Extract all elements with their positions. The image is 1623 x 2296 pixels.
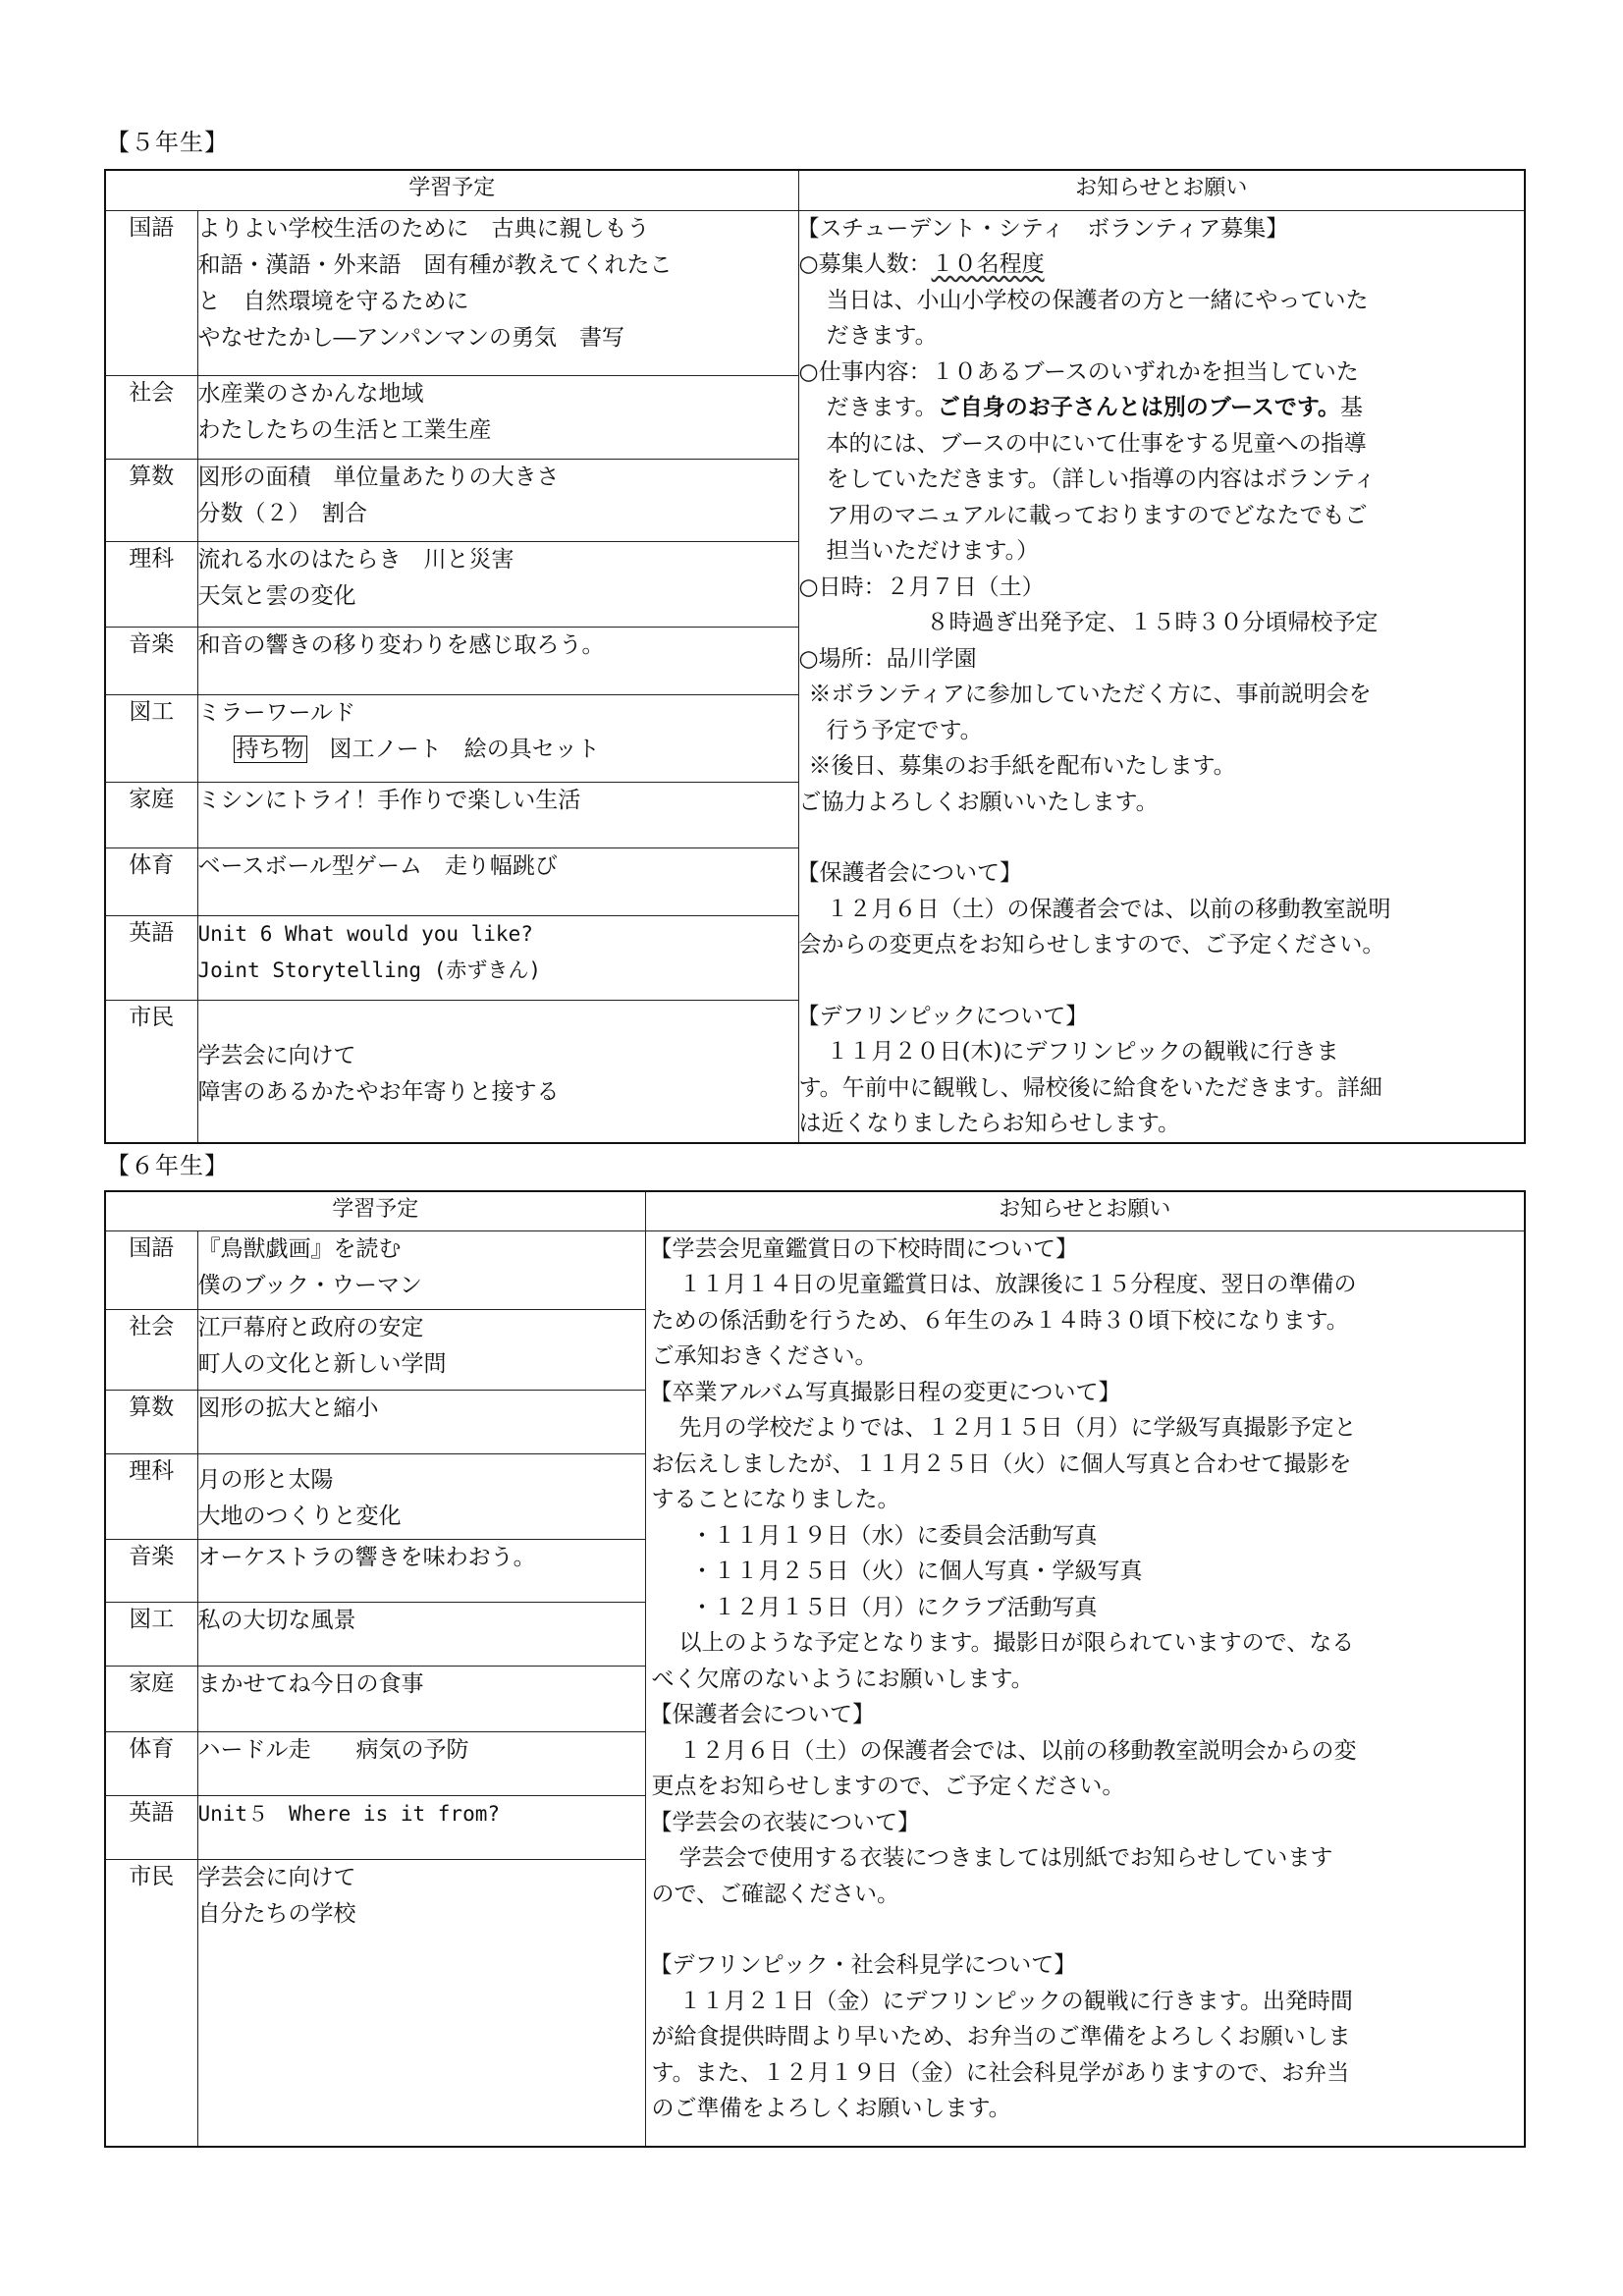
notice-heading-costume: 【学芸会の衣装について】 — [650, 1805, 1525, 1841]
item-line: 和語・漢語・外来語 固有種が教えてくれたこ — [198, 247, 798, 284]
item-line: と 自然環境を守るために — [198, 284, 798, 320]
notice-text: １１月１４日の児童鑑賞日は、放課後に１５分程度、翌日の準備の — [652, 1267, 1525, 1303]
notice-text: 会からの変更点をお知らせしますので、ご予定ください。 — [799, 927, 1525, 963]
notice-text: １１月２０日(木)にデフリンピックの観戦に行きま — [799, 1034, 1525, 1070]
notice-heading-album: 【卒業アルバム写真撮影日程の変更について】 — [650, 1375, 1525, 1411]
subject-label: 音楽 — [105, 628, 197, 695]
item-line: やなせたかし―アンパンマンの勇気 書写 — [198, 320, 798, 356]
notice-place: ○場所：品川学園 — [799, 641, 1525, 678]
subject-label: 図工 — [105, 1602, 197, 1666]
notice-text: 本的には、ブースの中にいて仕事をする児童への指導 — [799, 426, 1525, 463]
item-line: 大地のつくりと変化 — [198, 1499, 645, 1535]
grade6-table: 学習予定 お知らせとお願い 国語 『鳥獣戯画』を読む 僕のブック・ウーマン 【学… — [104, 1190, 1526, 2148]
subject-items-taiiku: ベースボール型ゲーム 走り幅跳び — [197, 847, 798, 915]
item-line: Unit５ Where is it from? — [198, 1796, 645, 1832]
item-line: まかせてね今日の食事 — [198, 1667, 645, 1703]
notice-heading-volunteer: 【スチューデント・シティ ボランティア募集】 — [797, 211, 1525, 247]
grade6-title: 【６年生】 — [106, 1151, 229, 1180]
item-line: 江戸幕府と政府の安定 — [198, 1310, 645, 1346]
grade5-title: 【５年生】 — [106, 128, 229, 157]
subject-items-shimin: 学芸会に向けて 自分たちの学校 — [197, 1859, 645, 2147]
notice-text: 先月の学校だよりでは、１２月１５日（月）に学級写真撮影予定と — [652, 1410, 1525, 1447]
notice-heading-dismissal: 【学芸会児童鑑賞日の下校時間について】 — [650, 1231, 1525, 1268]
subject-items-kokugo: 『鳥獣戯画』を読む 僕のブック・ウーマン — [197, 1230, 645, 1309]
item-line: Unit 6 What would you like? — [198, 916, 798, 953]
subject-label: 理科 — [105, 542, 197, 628]
subject-items-ongaku: オーケストラの響きを味わおう。 — [197, 1539, 645, 1602]
subject-label: 市民 — [105, 1859, 197, 2147]
subject-label: 社会 — [105, 1309, 197, 1390]
notice-text: のご準備をよろしくお願いします。 — [652, 2091, 1525, 2127]
notice-header: お知らせとお願い — [645, 1191, 1525, 1230]
notice-emphasis: ご自身のお子さんとは別のブースです。 — [938, 395, 1340, 420]
notice-text: ので、ご確認ください。 — [652, 1877, 1525, 1913]
notice-note: ※後日、募集のお手紙を配布いたします。 — [799, 748, 1525, 785]
subject-label: 家庭 — [105, 1666, 197, 1731]
item-line: 学芸会に向けて — [198, 1860, 645, 1896]
plan-header: 学習予定 — [105, 1191, 645, 1230]
notice-header: お知らせとお願い — [798, 170, 1525, 210]
item-line: 分数（２） 割合 — [198, 496, 798, 532]
subject-label: 算数 — [105, 459, 197, 541]
notice-text: べく欠席のないようにお願いします。 — [652, 1662, 1525, 1698]
notice-note: 行う予定です。 — [799, 713, 1525, 749]
subject-label: 家庭 — [105, 783, 197, 848]
item-line: 天気と雲の変化 — [198, 578, 798, 615]
item-line: オーケストラの響きを味わおう。 — [198, 1540, 645, 1576]
item-line: 障害のあるかたやお年寄りと接する — [198, 1074, 798, 1111]
schedule-item: ・１２月１５日（月）にクラブ活動写真 — [652, 1590, 1525, 1626]
item-line: 図形の拡大と縮小 — [198, 1391, 645, 1427]
grade6-notices: 【学芸会児童鑑賞日の下校時間について】 １１月１４日の児童鑑賞日は、放課後に１５… — [645, 1230, 1525, 2147]
notice-text: が給食提供時間より早いため、お弁当のご準備をよろしくお願いしま — [652, 2019, 1525, 2055]
item-line: ミシンにトライ！手作りで楽しい生活 — [198, 783, 798, 819]
subject-items-zuko: ミラーワールド 持ち物 図工ノート 絵の具セット — [197, 694, 798, 783]
subject-items-zuko: 私の大切な風景 — [197, 1602, 645, 1666]
subject-items-eigo: Unit５ Where is it from? — [197, 1795, 645, 1859]
subject-label: 英語 — [105, 915, 197, 1001]
item-line: 水産業のさかんな地域 — [198, 376, 798, 412]
item-line: 自分たちの学校 — [198, 1896, 645, 1933]
subject-label: 英語 — [105, 1795, 197, 1859]
notice-text: ための係活動を行うため、６年生のみ１４時３０頃下校になります。 — [652, 1303, 1525, 1339]
notice-text: 担当いただけます。） — [799, 533, 1525, 570]
subject-items-shakai: 水産業のさかんな地域 わたしたちの生活と工業生産 — [197, 376, 798, 459]
subject-label: 理科 — [105, 1453, 197, 1539]
belongings-label: 持ち物 — [234, 736, 307, 763]
item-line: 図形の面積 単位量あたりの大きさ — [198, 460, 798, 496]
item-line: 私の大切な風景 — [198, 1603, 645, 1639]
subject-items-kokugo: よりよい学校生活のために 古典に親しもう 和語・漢語・外来語 固有種が教えてくれ… — [197, 210, 798, 376]
subject-items-shimin: 学芸会に向けて 障害のあるかたやお年寄りと接する — [197, 1001, 798, 1143]
item-line: 流れる水のはたらき 川と災害 — [198, 542, 798, 578]
recruit-count-value: １０名程度 — [932, 251, 1045, 277]
schedule-item: ・１１月２５日（火）に個人写真・学級写真 — [652, 1554, 1525, 1590]
item-line: ベースボール型ゲーム 走り幅跳び — [198, 848, 798, 885]
subject-items-rika: 流れる水のはたらき 川と災害 天気と雲の変化 — [197, 542, 798, 628]
notice-text: 学芸会で使用する衣装につきましては別紙でお知らせしています — [652, 1840, 1525, 1877]
subject-label: 市民 — [105, 1001, 197, 1143]
notice-text: お伝えしましたが、１１月２５日（火）に個人写真と合わせて撮影を — [652, 1447, 1525, 1483]
notice-text: 以上のような予定となります。撮影日が限られていますので、なる — [652, 1625, 1525, 1662]
notice-text: １１月２１日（金）にデフリンピックの観戦に行きます。出発時間 — [652, 1984, 1525, 2020]
subject-label: 国語 — [105, 1230, 197, 1309]
subject-label: 図工 — [105, 694, 197, 783]
grade5-notices: 【スチューデント・シティ ボランティア募集】 ○募集人数：１０名程度 当日は、小… — [798, 210, 1525, 1143]
item-line: 学芸会に向けて — [198, 1038, 798, 1074]
subject-items-katei: まかせてね今日の食事 — [197, 1666, 645, 1731]
item-line: 和音の響きの移り変わりを感じ取ろう。 — [198, 628, 798, 664]
notice-text: ○仕事内容：１０あるブースのいずれかを担当していた — [799, 355, 1525, 391]
plan-header: 学習予定 — [105, 170, 798, 210]
item-line: Joint Storytelling (赤ずきん) — [198, 953, 798, 989]
notice-text: は近くなりましたらお知らせします。 — [799, 1106, 1525, 1142]
notice-heading-deaflympics: 【デフリンピック・社会科見学について】 — [650, 1947, 1525, 1984]
item-line: 町人の文化と新しい学問 — [198, 1346, 645, 1383]
item-line: わたしたちの生活と工業生産 — [198, 412, 798, 449]
notice-text: をしていただきます。（詳しい指導の内容はボランティ — [799, 462, 1525, 498]
notice-text: ご承知おきください。 — [652, 1339, 1525, 1375]
subject-label: 体育 — [105, 1731, 197, 1795]
notice-text: だきます。 — [799, 318, 1525, 355]
subject-label: 体育 — [105, 847, 197, 915]
notice-text: ア用のマニュアルに載っておりますのでどなたでもご — [799, 498, 1525, 534]
grade5-table: 学習予定 お知らせとお願い 国語 よりよい学校生活のために 古典に親しもう 和語… — [104, 169, 1526, 1144]
recruit-count-label: ○募集人数： — [799, 251, 932, 277]
item-line: 『鳥獣戯画』を読む — [198, 1231, 645, 1268]
item-line: 月の形と太陽 — [198, 1462, 645, 1499]
notice-heading-deaflympics: 【デフリンピックについて】 — [797, 999, 1525, 1035]
subject-label: 社会 — [105, 376, 197, 459]
notice-text: 基 — [1340, 395, 1363, 420]
item-line: よりよい学校生活のために 古典に親しもう — [198, 211, 798, 247]
notice-heading-parents: 【保護者会について】 — [797, 855, 1525, 892]
notice-text: 当日は、小山小学校の保護者の方と一緒にやっていた — [799, 283, 1525, 319]
notice-date: ○日時：２月７日（土） — [799, 570, 1525, 606]
notice-text: だきます。 — [827, 395, 938, 420]
notice-text: す。また、１２月１９日（金）に社会科見学がありますので、お弁当 — [652, 2055, 1525, 2092]
subject-label: 音楽 — [105, 1539, 197, 1602]
item-line: ミラーワールド — [198, 695, 798, 732]
subject-items-rika: 月の形と太陽 大地のつくりと変化 — [197, 1453, 645, 1539]
belongings-list: 図工ノート 絵の具セット — [330, 737, 600, 762]
notice-text: することになりました。 — [652, 1482, 1525, 1518]
subject-items-ongaku: 和音の響きの移り変わりを感じ取ろう。 — [197, 628, 798, 695]
notice-text: 更点をお知らせしますので、ご予定ください。 — [652, 1769, 1525, 1805]
subject-items-shakai: 江戸幕府と政府の安定 町人の文化と新しい学問 — [197, 1309, 645, 1390]
notice-time: ８時過ぎ出発予定、１５時３０分頃帰校予定 — [799, 605, 1525, 641]
notice-text: １２月６日（土）の保護者会では、以前の移動教室説明 — [799, 892, 1525, 928]
subject-items-taiiku: ハードル走 病気の予防 — [197, 1731, 645, 1795]
subject-items-eigo: Unit 6 What would you like? Joint Storyt… — [197, 915, 798, 1001]
subject-items-sansu: 図形の面積 単位量あたりの大きさ 分数（２） 割合 — [197, 459, 798, 541]
item-line: ハードル走 病気の予防 — [198, 1732, 645, 1769]
subject-label: 国語 — [105, 210, 197, 376]
subject-items-katei: ミシンにトライ！手作りで楽しい生活 — [197, 783, 798, 848]
schedule-item: ・１１月１９日（水）に委員会活動写真 — [652, 1518, 1525, 1555]
notice-text: す。午前中に観戦し、帰校後に給食をいただきます。詳細 — [799, 1070, 1525, 1107]
notice-text: １２月６日（土）の保護者会では、以前の移動教室説明会からの変 — [652, 1733, 1525, 1770]
notice-text: ご協力よろしくお願いいたします。 — [799, 785, 1525, 821]
subject-items-sansu: 図形の拡大と縮小 — [197, 1390, 645, 1453]
subject-label: 算数 — [105, 1390, 197, 1453]
notice-heading-parents: 【保護者会について】 — [650, 1697, 1525, 1733]
item-line: 僕のブック・ウーマン — [198, 1268, 645, 1304]
notice-note: ※ボランティアに参加していただく方に、事前説明会を — [799, 677, 1525, 713]
